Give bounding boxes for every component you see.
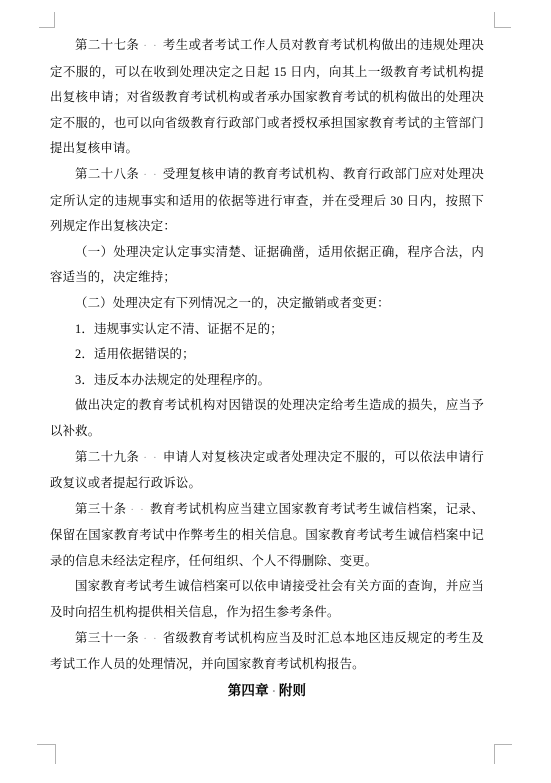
article-number: 第三十一条 (75, 631, 139, 645)
article-paragraph: 第二十八条··受理复核申请的教育考试机构、教育行政部门应对处理决定所认定的违规事… (50, 162, 484, 240)
margin-mark-bottom-left (37, 744, 56, 764)
article-paragraph: 第三十条··教育考试机构应当建立国家教育考试考生诚信档案，记录、保留在国家教育考… (50, 497, 484, 575)
margin-mark-bottom-right (494, 744, 512, 764)
paragraph-text: 做出决定的教育考试机构对因错误的处理决定给考生造成的损失，应当予以补救。 (50, 398, 484, 438)
paragraph-text: （二）处理决定有下列情况之一的，决定撤销或者变更： (75, 296, 390, 310)
document-page: 第二十七条··考生或者考试工作人员对教育考试机构做出的违规处理决定不服的，可以在… (0, 0, 551, 783)
space-marks: · (269, 684, 279, 698)
paragraph-text: 1．违规事实认定不清、证据不足的； (75, 322, 283, 336)
paragraph-text: 3．违反本办法规定的处理程序的。 (75, 373, 270, 387)
article-paragraph: 第二十七条··考生或者考试工作人员对教育考试机构做出的违规处理决定不服的，可以在… (50, 33, 484, 162)
article-paragraph: （一）处理决定认定事实清楚、证据确凿，适用依据正确，程序合法，内容适当的，决定维… (50, 240, 484, 291)
article-number: 第四章 (228, 683, 269, 698)
article-paragraph: 国家教育考试考生诚信档案可以依申请接受社会有关方面的查询，并应当及时向招生机构提… (50, 574, 484, 625)
chapter-heading: 第四章·附则 (50, 678, 484, 705)
space-marks: ·· (139, 169, 162, 181)
article-number: 第二十七条 (75, 38, 139, 52)
article-paragraph: 第三十一条··省级教育考试机构应当及时汇总本地区违反规定的考生及考试工作人员的处… (50, 626, 484, 678)
paragraph-text: （一）处理决定认定事实清楚、证据确凿，适用依据正确，程序合法，内容适当的，决定维… (50, 245, 484, 285)
space-marks: ·· (126, 504, 149, 516)
article-paragraph: （二）处理决定有下列情况之一的，决定撤销或者变更： (50, 291, 484, 317)
space-marks: ·· (139, 40, 162, 52)
space-marks: ·· (139, 452, 162, 464)
article-paragraph: 1．违规事实认定不清、证据不足的； (50, 317, 484, 343)
document-content: 第二十七条··考生或者考试工作人员对教育考试机构做出的违规处理决定不服的，可以在… (50, 33, 484, 704)
article-number: 第二十九条 (75, 450, 139, 464)
article-paragraph: 2．适用依据错误的； (50, 342, 484, 368)
paragraph-text: 国家教育考试考生诚信档案可以依申请接受社会有关方面的查询，并应当及时向招生机构提… (50, 579, 484, 619)
article-number: 第二十八条 (75, 167, 139, 181)
paragraph-text: 2．适用依据错误的； (75, 347, 195, 361)
article-number: 第三十条 (75, 502, 126, 516)
margin-mark-top-left (39, 12, 55, 28)
paragraph-text: 附则 (279, 683, 306, 698)
article-paragraph: 第二十九条··申请人对复核决定或者处理决定不服的，可以依法申请行政复议或者提起行… (50, 445, 484, 497)
paragraph-text: 考生或者考试工作人员对教育考试机构做出的违规处理决定不服的，可以在收到处理决定之… (50, 38, 484, 155)
article-paragraph: 做出决定的教育考试机构对因错误的处理决定给考生造成的损失，应当予以补救。 (50, 393, 484, 444)
article-paragraph: 3．违反本办法规定的处理程序的。 (50, 368, 484, 394)
space-marks: ·· (139, 633, 162, 645)
margin-mark-top-right (494, 12, 511, 28)
